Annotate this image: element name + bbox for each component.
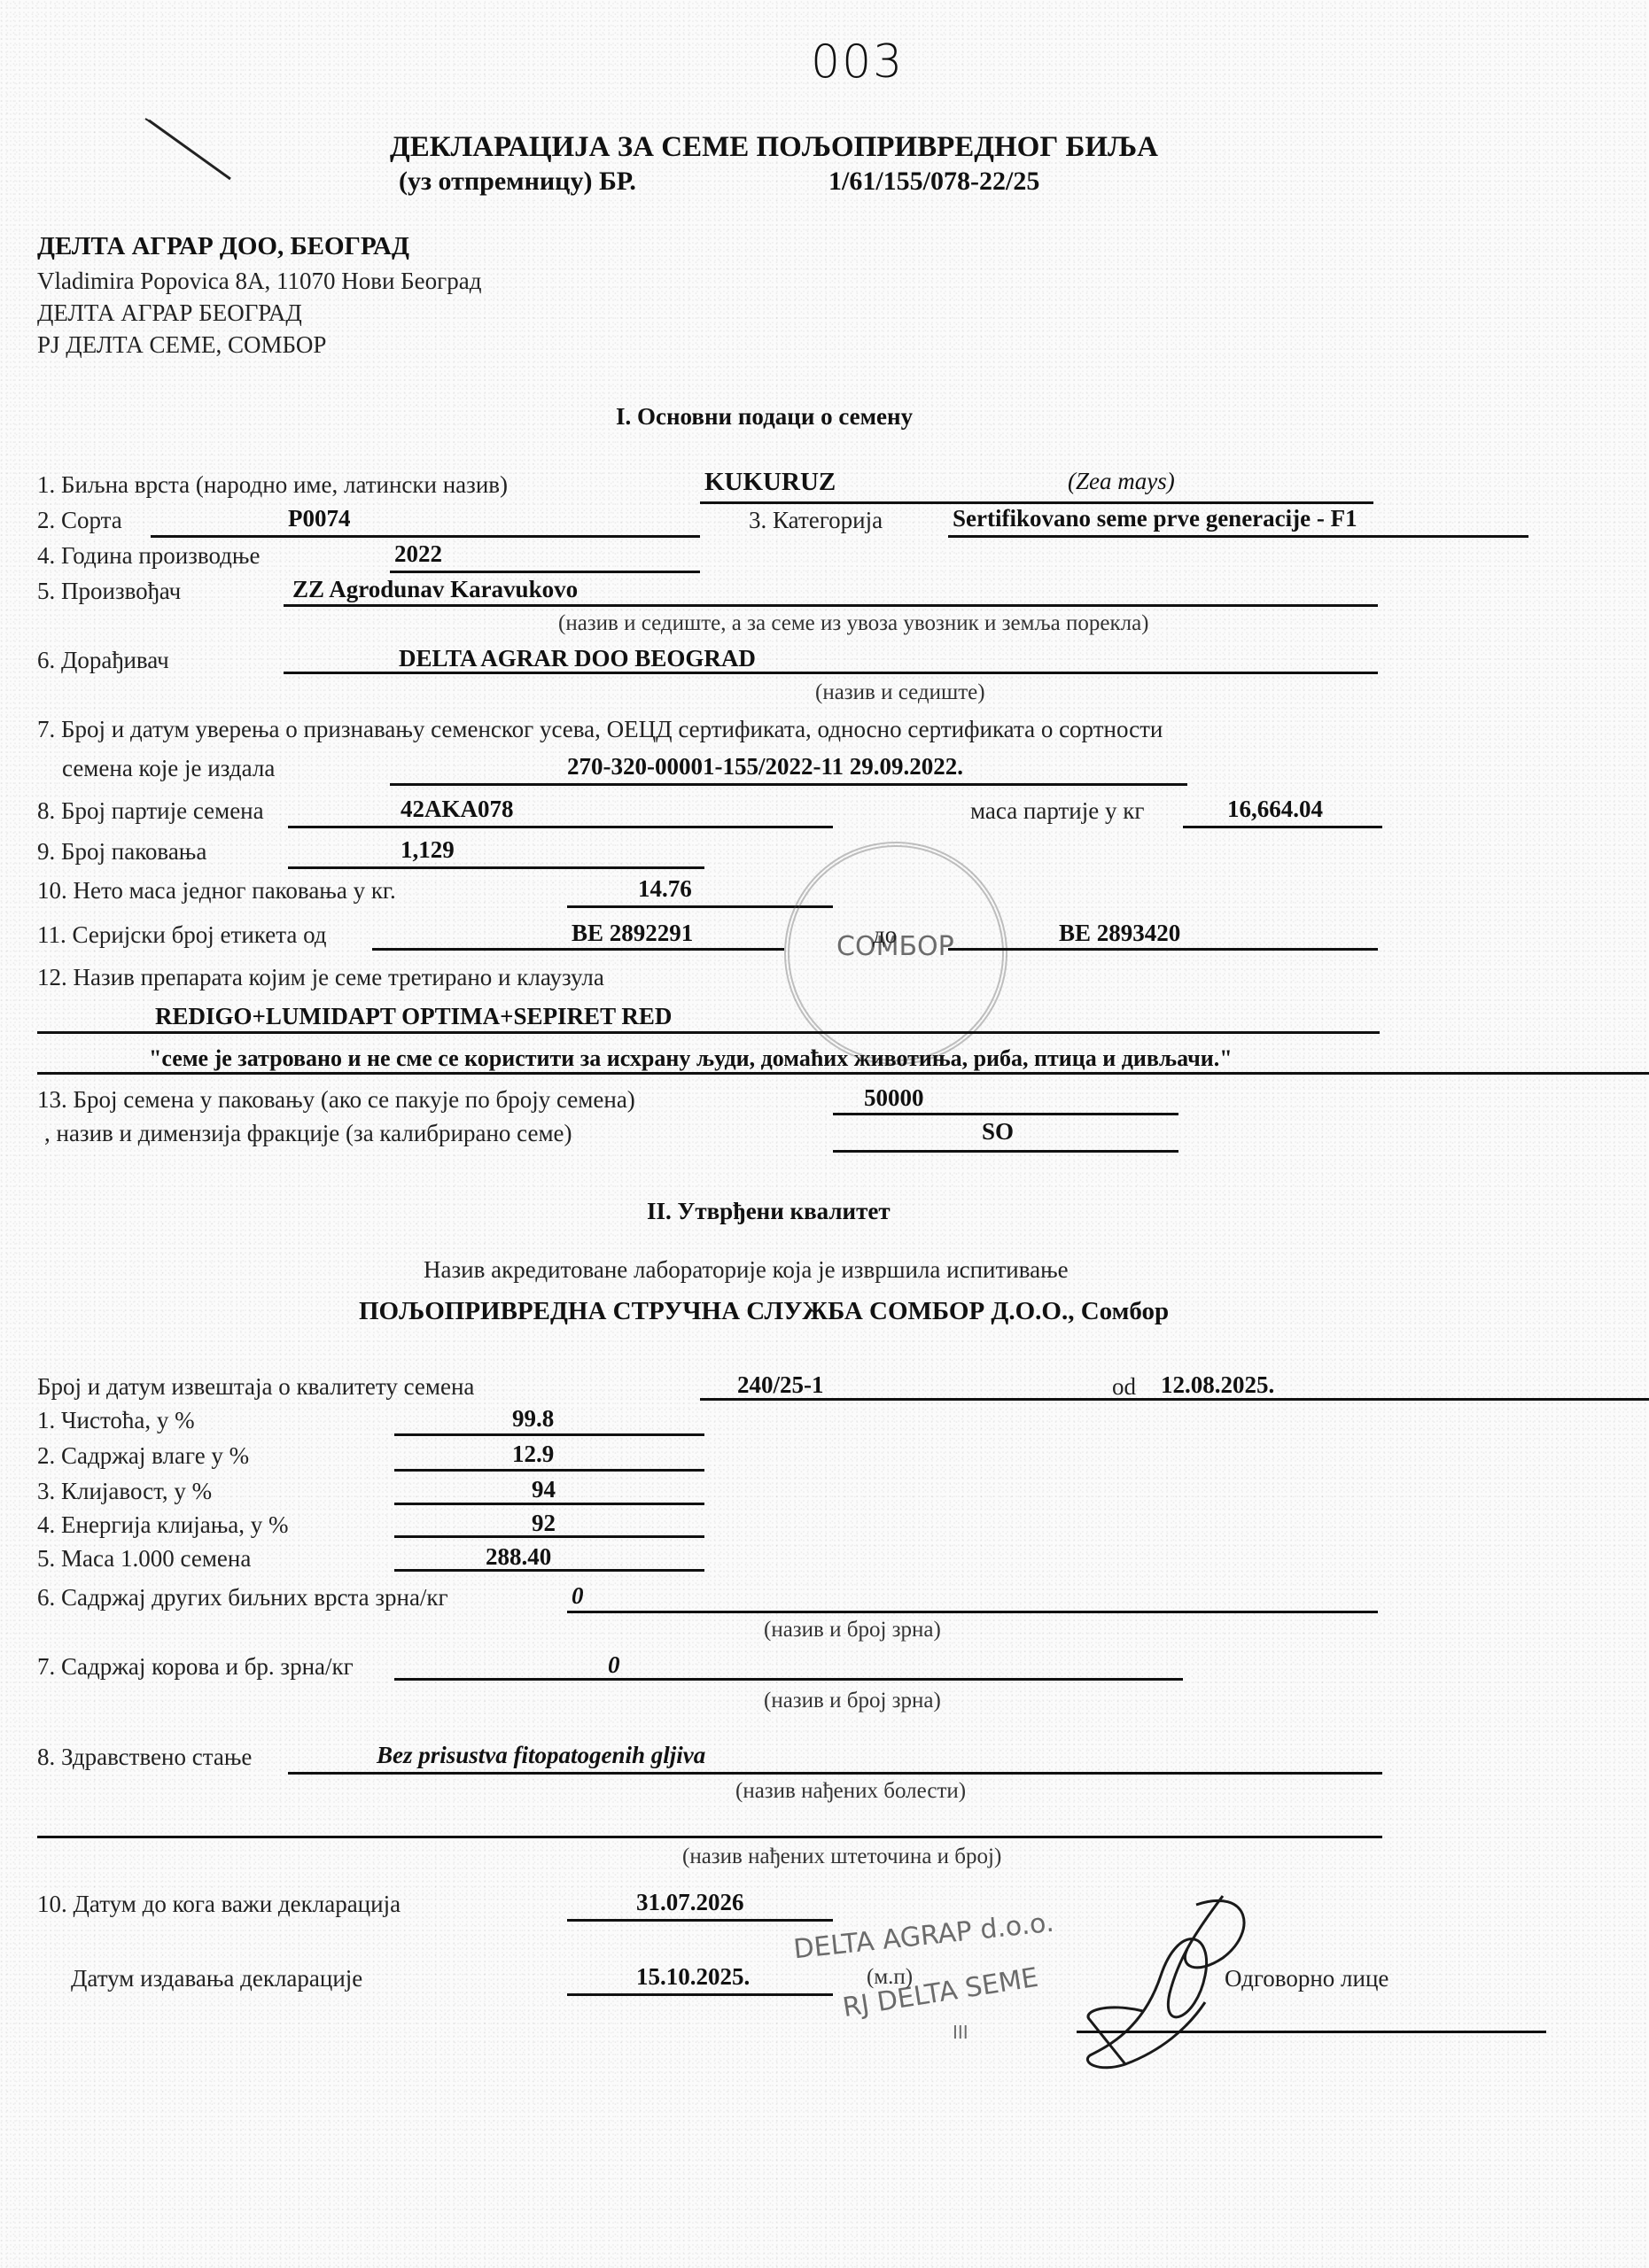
quality-6-underline	[567, 1611, 1378, 1613]
quality-3-label: 3. Клијавост, у %	[37, 1478, 212, 1505]
field-12-clause-underline	[37, 1072, 1649, 1075]
signature-underline	[1077, 2031, 1546, 2033]
field-6-underline	[284, 672, 1378, 674]
field-7-label: 7. Број и датум уверења о признавању сем…	[37, 716, 1163, 743]
quality-8-hint: (назив нађених болести)	[735, 1779, 966, 1804]
field-11-from-underline	[372, 948, 784, 951]
report-label: Број и датум извештаја о квалитету семен…	[37, 1373, 474, 1401]
document-number: 1/61/155/078-22/25	[828, 167, 1039, 197]
field-1-latin-name: (Zea mays)	[1068, 468, 1175, 495]
field-13-value-b: SO	[982, 1118, 1014, 1146]
report-underline	[700, 1398, 1649, 1401]
valid-until-label: 10. Датум до кога важи декларација	[37, 1891, 401, 1918]
field-3-label: 3. Категорија	[749, 507, 883, 534]
quality-1-value: 99.8	[512, 1405, 554, 1433]
field-9-value: 1,129	[401, 836, 455, 864]
report-date: 12.08.2025.	[1161, 1371, 1274, 1399]
issue-date-underline	[567, 1993, 833, 1996]
field-6-hint: (назив и седиште)	[815, 680, 985, 705]
lab-label: Назив акредитоване лабораторије која је …	[424, 1256, 1069, 1284]
quality-7-value: 0	[608, 1651, 620, 1679]
quality-1-underline	[394, 1433, 704, 1436]
quality-8-value: Bez prisustva fitopatogenih gljiva	[377, 1742, 705, 1769]
section-1-heading: I. Основни подаци о семену	[616, 403, 913, 431]
field-12-label: 12. Назив препарата којим је семе третир…	[37, 964, 604, 991]
quality-6-hint: (назив и број зрна)	[764, 1618, 941, 1643]
field-12-underline	[37, 1031, 1380, 1034]
handwritten-page-number: 003	[811, 35, 904, 89]
field-11-to-underline	[948, 948, 1378, 951]
issuer-unit: PJ ДЕЛТА СЕМЕ, СОМБОР	[37, 331, 326, 359]
quality-3-underline	[394, 1503, 704, 1505]
field-3-underline	[948, 535, 1528, 538]
field-8-mass-value: 16,664.04	[1227, 796, 1323, 823]
document-subtitle: (уз отпремницу) БР.	[399, 167, 636, 197]
field-5-hint: (назив и седиште, а за семе из увоза уво…	[558, 611, 1149, 636]
field-8-value: 42AKA078	[401, 796, 514, 823]
field-9-underline	[288, 866, 704, 869]
responsible-person-label: Одговорно лице	[1225, 1965, 1388, 1992]
quality-5-value: 288.40	[486, 1543, 551, 1571]
field-5-label: 5. Произвођач	[37, 578, 181, 605]
lab-name: ПОЉОПРИВРЕДНА СТРУЧНА СЛУЖБА СОМБОР Д.О.…	[359, 1297, 1169, 1326]
field-11-label: 11. Серијски број етикета од	[37, 921, 327, 949]
quality-5-label: 5. Маса 1.000 семена	[37, 1545, 251, 1573]
company-stamp-line1: DELTA AGRAP d.o.o.	[792, 1907, 1055, 1966]
field-11-to-label: до	[873, 921, 897, 949]
quality-2-value: 12.9	[512, 1441, 554, 1468]
quality-4-underline	[394, 1535, 704, 1538]
issue-date-label: Датум издавања декларације	[71, 1965, 362, 1992]
issuer-branch: ДЕЛТА АГРАР БЕОГРАД	[37, 299, 302, 327]
field-8-underline	[288, 826, 833, 828]
field-11-to: BE 2893420	[1059, 920, 1180, 947]
quality-9-hint: (назив нађених штеточина и број)	[682, 1845, 1001, 1869]
report-number: 240/25-1	[737, 1371, 824, 1399]
field-13-label-b: , назив и димензија фракције (за калибри…	[44, 1120, 572, 1147]
field-1-underline	[700, 501, 1373, 504]
field-5-value: ZZ Agrodunav Karavukovo	[292, 576, 578, 603]
field-6-label: 6. Дорађивач	[37, 647, 169, 674]
quality-2-label: 2. Садржај влаге у %	[37, 1442, 249, 1470]
quality-8-label: 8. Здравствено стање	[37, 1744, 252, 1771]
quality-3-value: 94	[532, 1476, 556, 1503]
quality-1-label: 1. Чистоћа, у %	[37, 1407, 195, 1434]
field-13-underline-b	[833, 1150, 1178, 1153]
field-7-underline	[390, 783, 1187, 786]
issuer-address: Vladimira Popovica 8A, 11070 Нови Београ…	[37, 268, 481, 295]
field-4-underline	[390, 571, 700, 573]
field-5-underline	[284, 604, 1378, 607]
quality-4-label: 4. Енергија клијања, у %	[37, 1511, 288, 1539]
field-2-underline	[151, 535, 700, 538]
field-2-value: P0074	[288, 505, 351, 532]
field-10-label: 10. Нето маса једног паковања у кг.	[37, 877, 396, 905]
section-2-heading: II. Утврђени квалитет	[647, 1198, 891, 1225]
field-6-value: DELTA AGRAR DOO BEOGRAD	[399, 645, 756, 672]
valid-until-date: 31.07.2026	[636, 1889, 744, 1916]
valid-until-underline	[567, 1919, 833, 1922]
field-2-label: 2. Сорта	[37, 507, 122, 534]
report-od: od	[1112, 1373, 1136, 1401]
issue-date: 15.10.2025.	[636, 1963, 750, 1991]
document-title: ДЕКЛАРАЦИЈА ЗА СЕМЕ ПОЉОПРИВРЕДНОГ БИЉА	[390, 131, 1158, 164]
quality-7-label: 7. Садржај корова и бр. зрна/кг	[37, 1653, 354, 1681]
quality-6-label: 6. Садржај других биљних врста зрна/кг	[37, 1584, 448, 1612]
field-9-label: 9. Број паковања	[37, 838, 206, 866]
field-8-label: 8. Број партије семена	[37, 797, 264, 825]
field-3-value: Sertifikovano seme prve generacije - F1	[953, 505, 1357, 532]
company-stamp-line3: III	[953, 2022, 968, 2043]
quality-6-value: 0	[572, 1582, 584, 1610]
field-4-value: 2022	[394, 540, 442, 568]
pen-mark-icon	[142, 115, 239, 186]
quality-4-value: 92	[532, 1510, 556, 1537]
field-13-underline-a	[833, 1113, 1178, 1115]
quality-9-underline	[37, 1836, 1382, 1838]
quality-8-underline	[288, 1772, 1382, 1775]
quality-7-hint: (назив и број зрна)	[764, 1689, 941, 1713]
field-12-clause: "семе је затровано и не сме се користити…	[149, 1045, 1233, 1072]
field-7-label-cont: семена које је издала	[62, 755, 275, 782]
field-10-value: 14.76	[638, 875, 692, 903]
quality-7-underline	[394, 1678, 1183, 1681]
field-7-value: 270-320-00001-155/2022-11 29.09.2022.	[567, 753, 963, 781]
field-1-label: 1. Биљна врста (народно име, латински на…	[37, 471, 508, 499]
field-12-value: REDIGO+LUMIDAPT OPTIMA+SEPIRET RED	[155, 1003, 672, 1030]
quality-5-underline	[394, 1569, 704, 1572]
field-8-mass-label: маса партије у кг	[970, 797, 1144, 825]
field-13-label-a: 13. Број семена у паковању (ако се пакуј…	[37, 1086, 635, 1114]
field-4-label: 4. Година производње	[37, 542, 260, 570]
quality-2-underline	[394, 1469, 704, 1472]
issuer-name: ДЕЛТА АГРАР ДОО, БЕОГРАД	[37, 232, 409, 261]
field-1-common-name: KUKURUZ	[704, 468, 836, 497]
field-11-from: BE 2892291	[572, 920, 693, 947]
field-13-value-a: 50000	[864, 1084, 924, 1112]
field-8-mass-underline	[1183, 826, 1382, 828]
